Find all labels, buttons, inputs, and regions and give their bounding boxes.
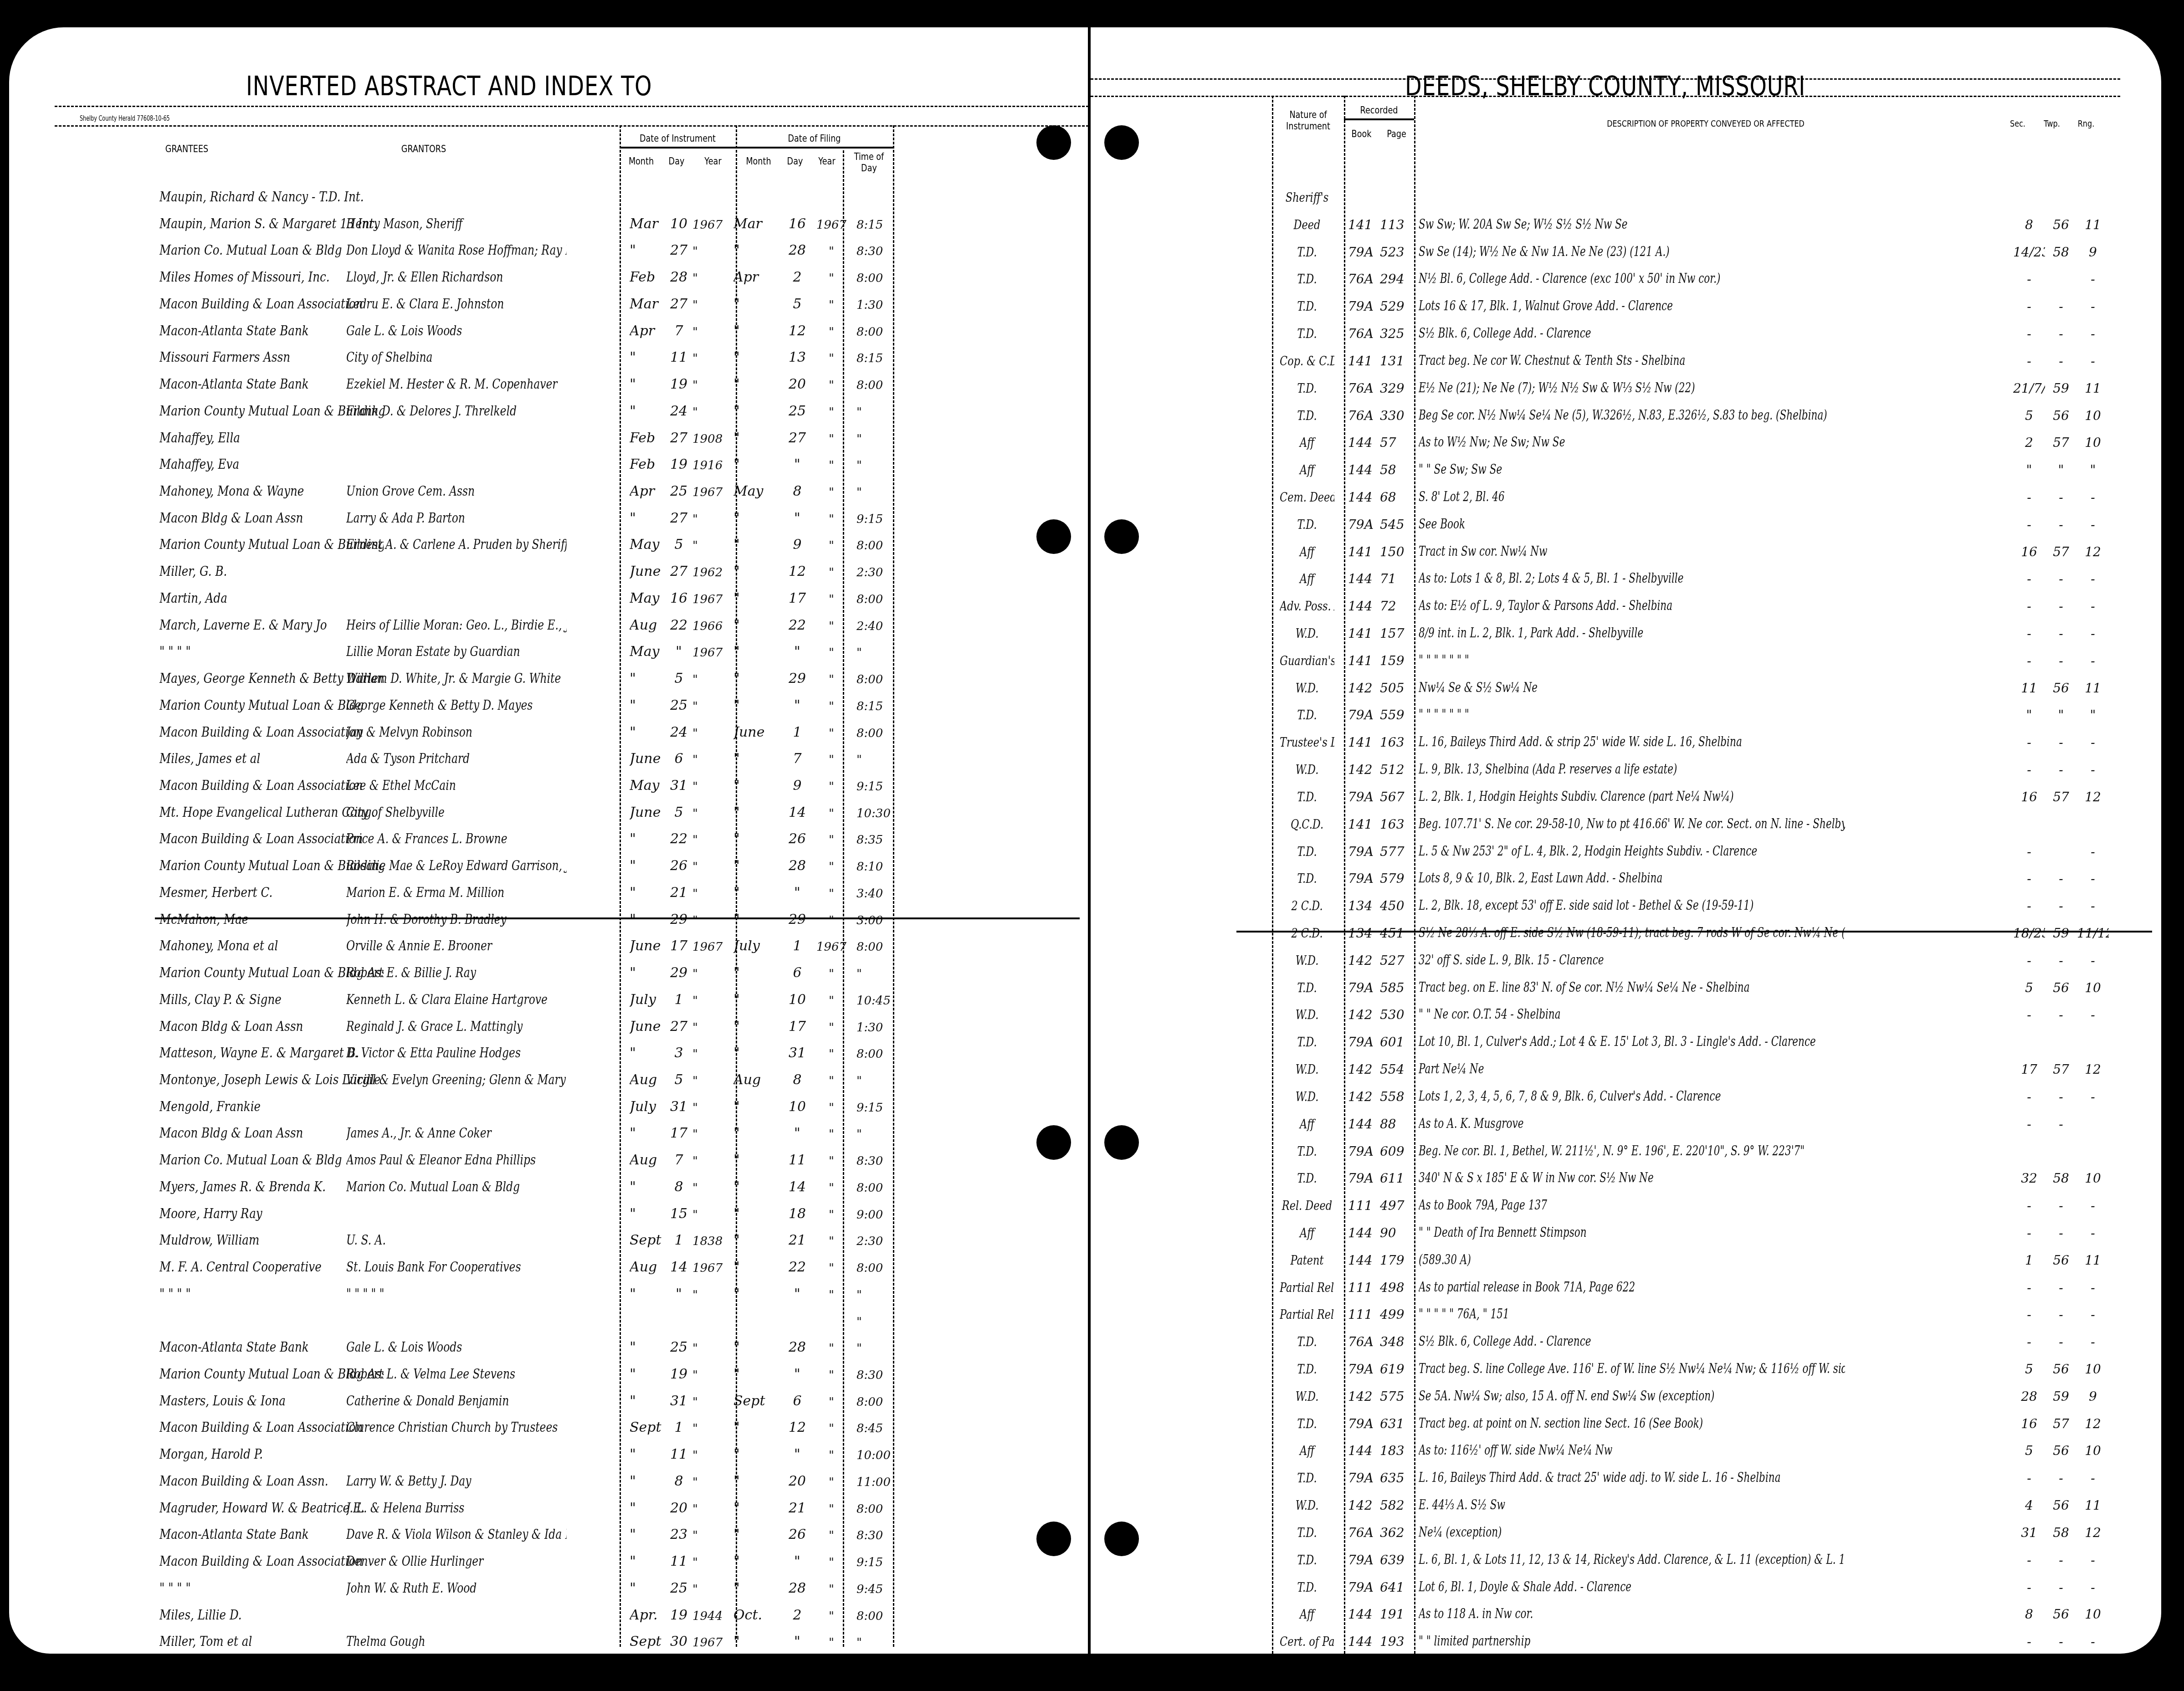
township-cell: 56 [2045,408,2077,423]
book-cell: 141 [1348,817,1380,832]
instrument-year-cell: 1908 [692,432,729,446]
range-cell: - [2077,599,2109,614]
instrument-year-cell: " [692,807,729,820]
filing-year-cell: " [811,245,852,258]
township-cell: 58 [2045,245,2077,260]
page-cell: 72 [1380,599,1412,614]
table-row: Cert. of Part.144193" " limited partners… [1091,1626,2161,1652]
instrument-day-cell: 7 [665,323,692,339]
instrument-month-cell: Apr [630,323,666,339]
instrument-month-cell: " [630,697,666,713]
section-cell: - [2013,517,2045,532]
time-of-day-cell: 8:00 [856,1502,897,1516]
grantee-cell: Moore, Harry Ray [159,1206,384,1222]
filing-year-cell: " [811,539,852,553]
table-row: Cop. & C.D.141131Tract beg. Ne cor W. Ch… [1091,346,2161,371]
instrument-month-cell: " [630,1045,666,1061]
nature-of-instrument-cell: T.D. [1280,1334,1334,1349]
description-cell: S½ Ne 28⅓ A. off E. side S½ Nw (18-59-11… [1419,925,1845,941]
description-cell: L. 5 & Nw 253' 2" of L. 4, Blk. 2, Hodgi… [1419,843,1845,859]
township-cell: - [2045,1334,2077,1349]
grantor-cell: Robert L. & Velma Lee Stevens [346,1366,567,1382]
instrument-year-cell: " [692,1395,729,1409]
instrument-month-cell: " [630,1393,666,1409]
table-row: T.D.76A348S½ Blk. 6, College Add. - Clar… [1091,1327,2161,1352]
township-cell: - [2045,1117,2077,1132]
township-cell: - [2045,354,2077,369]
filing-year-cell: " [811,1395,852,1409]
book-cell: 79A [1348,871,1380,886]
instrument-year-cell: " [692,914,729,927]
book-cell: 79A [1348,1553,1380,1568]
filing-month-cell: " [733,965,779,981]
time-of-day-cell: " [856,432,897,446]
instrument-day-cell: 6 [665,751,692,767]
table-row: Macon Building & Loan AssociationPrice A… [9,824,1089,850]
grantee-cell: Mahaffey, Eva [159,456,384,472]
range-cell: - [2077,490,2109,505]
table-row: T.D.76A329E½ Ne (21); Ne Ne (7); W½ N½ S… [1091,373,2161,399]
description-cell: Ne¼ (exception) [1419,1524,1845,1540]
instrument-day-cell: 19 [665,1607,692,1623]
range-cell: - [2077,299,2109,314]
section-cell: - [2013,1007,2045,1022]
filing-day-cell: 16 [784,216,811,232]
nature-of-instrument-cell: Aff [1280,1443,1334,1458]
description-cell: As to: Lots 1 & 8, Bl. 2; Lots 4 & 5, Bl… [1419,570,1845,586]
table-row: Maupin, Marion S. & Margaret 13 Int.Henr… [9,209,1089,235]
page-cell: 619 [1380,1362,1412,1377]
table-row: T.D.79A567L. 2, Blk. 1, Hodgin Heights S… [1091,782,2161,807]
nature-of-instrument-cell: T.D. [1280,1580,1334,1595]
filing-day-cell: 28 [784,1339,811,1355]
filing-day-cell: 14 [784,805,811,820]
time-of-day-cell: 8:35 [856,833,897,847]
table-row: Marion Co. Mutual Loan & BldgAmos Paul &… [9,1145,1089,1171]
range-cell: - [2077,326,2109,341]
table-row: Mahaffey, EllaFeb271908"27"" [9,423,1089,449]
instrument-day-cell: 24 [665,403,692,419]
instrument-year-cell: " [692,1476,729,1489]
section-cell: - [2013,599,2045,614]
instrument-month-cell: " [630,1473,666,1489]
instrument-year-cell: " [692,1021,729,1035]
instrument-day-cell: 31 [665,1099,692,1115]
page-cell: 450 [1380,898,1412,913]
book-cell: 144 [1348,1117,1380,1132]
description-cell: Part Ne¼ Ne [1419,1061,1845,1077]
instrument-year-cell: " [692,405,729,419]
grantor-cell: Marion Co. Mutual Loan & Bldg [346,1179,567,1195]
township-cell: - [2045,1198,2077,1213]
instrument-month-cell: Sept [630,1634,666,1650]
table-row: Matteson, Wayne E. & Margaret B.D. Victo… [9,1038,1089,1064]
filing-year-cell: " [811,1101,852,1115]
instrument-year-cell: 1967 [692,646,729,660]
book-cell: 141 [1348,544,1380,559]
section-cell: - [2013,326,2045,341]
table-row: Macon Bldg & Loan AssnJames A., Jr. & An… [9,1118,1089,1144]
instrument-year-cell: 1966 [692,620,729,633]
description-cell: S½ Blk. 6, College Add. - Clarence [1419,1333,1845,1349]
instrument-month-cell: Aug [630,1259,666,1275]
description-cell: Sw Sw; W. 20A Sw Se; W½ S½ S½ Nw Se [1419,216,1845,232]
instrument-day-cell: 29 [665,912,692,927]
instrument-month-cell: " [630,885,666,901]
instrument-month-cell: " [630,724,666,740]
nature-of-instrument-cell: W.D. [1280,1007,1334,1022]
filing-year-cell: " [811,914,852,927]
book-cell: 76A [1348,326,1380,341]
table-row: Masters, Louis & IonaCatherine & Donald … [9,1386,1089,1412]
filing-day-cell: 10 [784,1099,811,1115]
filing-day-cell: 28 [784,858,811,874]
range-cell: - [2077,1198,2109,1213]
range-cell: - [2077,762,2109,777]
grantor-cell: Clarence Christian Church by Trustees [346,1419,567,1435]
date-header-rule [620,147,893,149]
instrument-day-cell: 27 [665,430,692,446]
filing-day-cell: 21 [784,1500,811,1516]
instrument-year-cell: " [692,1127,729,1141]
instrument-year-cell: 1944 [692,1609,729,1623]
grantor-cell: Catherine & Donald Benjamin [346,1393,567,1409]
instrument-month-cell: " [630,1366,666,1382]
nature-of-instrument-cell: T.D. [1280,871,1334,886]
description-cell: Tract in Sw cor. Nw¼ Nw [1419,543,1845,559]
filing-year-cell: " [811,1181,852,1195]
instrument-year-cell: " [692,1368,729,1382]
time-of-day-cell: " [856,1315,897,1329]
filing-month-cell: " [733,697,779,713]
book-cell: 144 [1348,1443,1380,1458]
filing-year-cell: " [811,1047,852,1061]
section-cell: - [2013,1089,2045,1104]
time-of-day-cell: 9:15 [856,1556,897,1569]
filing-day-cell: 6 [784,1393,811,1409]
township-cell: 56 [2045,1362,2077,1377]
table-row: Macon Building & Loan AssociationLee & E… [9,771,1089,796]
filing-year-cell: " [811,1556,852,1569]
township-cell: - [2045,735,2077,750]
time-of-day-cell: 8:00 [856,1047,897,1061]
instrument-year-cell: " [692,967,729,981]
nature-of-instrument-cell: Patent [1280,1253,1334,1268]
time-of-day-cell: 8:00 [856,1181,897,1195]
description-cell: As to 118 A. in Nw cor. [1419,1606,1845,1622]
instrument-month-cell: " [630,242,666,258]
instrument-day-cell: 25 [665,483,692,499]
grantor-cell: Rosalie Mae & LeRoy Edward Garrison, Jr. [346,858,567,874]
section-cell: 16 [2013,789,2045,805]
time-of-day-cell: 8:00 [856,379,897,392]
section-cell: - [2013,1471,2045,1486]
township-cell: - [2045,490,2077,505]
filing-day-cell: 1 [784,938,811,954]
grantor-cell: Don Lloyd & Wanita Rose Hoffman; Ray Hew… [346,242,567,258]
page-cell: 609 [1380,1144,1412,1159]
township-cell: - [2045,953,2077,968]
instrument-month-cell: June [630,938,666,954]
section-cell: 18/25 [2013,926,2045,941]
instrument-month-cell: May [630,537,666,553]
time-of-day-cell: 9:15 [856,780,897,794]
township-cell: - [2045,626,2077,641]
instrument-day-cell: 22 [665,617,692,633]
filing-year-cell: " [811,967,852,981]
township-cell: 58 [2045,1171,2077,1186]
filing-month-cell: " [733,1099,779,1115]
nature-of-instrument-cell: Aff [1280,1225,1334,1240]
table-row: M. F. A. Central CooperativeSt. Louis Ba… [9,1252,1089,1278]
page-header: Page [1383,128,1411,140]
table-row: W.D.142575Se 5A. Nw¼ Sw; also, 15 A. off… [1091,1381,2161,1407]
section-cell: - [2013,735,2045,750]
grantee-cell: Martin, Ada [159,590,384,606]
description-cell: Se 5A. Nw¼ Sw; also, 15 A. off N. end Sw… [1419,1388,1845,1404]
instrument-month-cell: May [630,590,666,606]
page-cell: 57 [1380,435,1412,450]
section-cell: - [2013,299,2045,314]
table-row: Moore, Harry Ray"15""18"9:00 [9,1199,1089,1225]
table-row: Mahaffey, EvaFeb191916"""" [9,450,1089,475]
sec-header: Sec. [2005,118,2030,129]
section-cell: - [2013,1117,2045,1132]
range-cell: - [2077,1634,2109,1649]
nature-of-instrument-cell: Q.C.D. [1280,817,1334,832]
nature-of-instrument-cell: Deed [1280,217,1334,232]
description-cell: " " " " " " " [1419,652,1845,668]
instrument-month-cell: Aug [630,617,666,633]
filing-year-cell: " [811,1422,852,1435]
time-of-day-cell: " [856,1288,897,1302]
recorded-header-rule [1344,118,1414,120]
grantor-cell: Lee & Ethel McCain [346,778,567,794]
grantor-cell: Gale L. & Lois Woods [346,1339,567,1355]
time-of-day-cell: 8:00 [856,272,897,285]
range-cell: - [2077,272,2109,287]
book-cell: 79A [1348,1471,1380,1486]
filing-month-cell: " [733,296,779,312]
section-cell: 8 [2013,1607,2045,1622]
page-cell: 71 [1380,571,1412,586]
book-cell: 79A [1348,1035,1380,1050]
range-cell: 11 [2077,381,2109,396]
book-cell: 144 [1348,1253,1380,1268]
grantor-cell: U. S. A. [346,1232,567,1248]
description-cell: Tract beg. on E. line 83' N. of Se cor. … [1419,979,1845,995]
table-row: Marion County Mutual Loan & Building Ass… [9,851,1089,876]
filing-year-cell: " [811,1636,852,1650]
filing-day-cell: 31 [784,1045,811,1061]
instrument-month-cell: " [630,858,666,874]
table-row: W.D.142505Nw¼ Se & S½ Sw¼ Ne115611 [1091,673,2161,698]
description-cell: Tract beg. S. line College Ave. 116' E. … [1419,1361,1845,1377]
filing-day-cell: 10 [784,992,811,1008]
grantor-cell: Marion E. & Erma M. Million [346,885,567,901]
instrument-day-cell: 20 [665,1500,692,1516]
date-of-instrument-header: Date of Instrument [631,133,724,144]
page-cell: 523 [1380,245,1412,260]
township-cell: - [2045,1280,2077,1295]
range-cell: - [2077,1089,2109,1104]
nature-of-instrument-cell: W.D. [1280,1389,1334,1404]
book-cell: 79A [1348,517,1380,532]
instrument-month-cell: Mar [630,296,666,312]
filing-day-cell: 5 [784,296,811,312]
table-row: Marion Co. Mutual Loan & BldgDon Lloyd &… [9,236,1089,261]
township-cell: 56 [2045,1253,2077,1268]
instrument-month-cell: " [630,671,666,687]
township-cell: 57 [2045,1416,2077,1431]
nature-of-instrument-cell: Aff [1280,1607,1334,1622]
instrument-year-cell: 1967 [692,1636,729,1650]
range-cell: - [2077,1334,2109,1349]
book-cell: 79A [1348,980,1380,995]
table-row: W.D.142530" " Ne cor. O.T. 54 - Shelbina… [1091,999,2161,1025]
township-cell: 59 [2045,1389,2077,1404]
filing-month-cell: " [733,644,779,660]
filing-day-cell: " [784,1634,811,1650]
instrument-year-cell: 1967 [692,486,729,499]
section-cell: 1 [2013,1253,2045,1268]
range-cell: 11 [2077,1253,2109,1268]
instrument-month-cell: " [630,349,666,365]
township-cell: 57 [2045,1062,2077,1077]
section-cell: 17 [2013,1062,2045,1077]
section-cell: - [2013,571,2045,586]
filing-day-cell: 17 [784,590,811,606]
range-cell: - [2077,1225,2109,1240]
description-header: DESCRIPTION OF PROPERTY CONVEYED OR AFFE… [1542,118,1870,129]
instrument-day-cell: 28 [665,269,692,285]
instrument-day-cell: 27 [665,242,692,258]
range-cell: - [2077,653,2109,668]
time-of-day-cell: 8:00 [856,325,897,339]
table-row: " " " "John W. & Ruth E. Wood"25""28"9:4… [9,1573,1089,1599]
table-row: W.D.142512L. 9, Blk. 13, Shelbina (Ada P… [1091,754,2161,780]
instrument-day-cell: 25 [665,1339,692,1355]
time-of-day-cell: 1:30 [856,1021,897,1035]
description-cell: As to W½ Nw; Ne Sw; Nw Se [1419,434,1845,450]
time-of-day-cell: 8:00 [856,673,897,687]
filing-year-cell: " [811,593,852,606]
instrument-day-cell: 14 [665,1259,692,1275]
table-row: Morgan, Harold P."11""""10:00 [9,1440,1089,1465]
page-cell: 641 [1380,1580,1412,1595]
instrument-day-cell: 8 [665,1179,692,1195]
instrument-month-cell: " [630,1286,666,1302]
time-of-day-cell: 8:30 [856,245,897,258]
table-row: McMahon, MaeJohn H. & Dorothy B. Bradley… [9,905,1089,930]
range-cell: - [2077,1007,2109,1022]
range-cell: 12 [2077,1416,2109,1431]
instrument-year-cell: " [692,1047,729,1061]
range-cell: 11 [2077,1498,2109,1513]
section-cell: - [2013,1553,2045,1568]
nature-of-instrument-cell: T.D. [1280,408,1334,423]
table-row: Rel. Deed111497As to Book 79A, Page 137-… [1091,1190,2161,1216]
filing-year-cell: 1967 [811,940,852,954]
description-cell: As to Book 79A, Page 137 [1419,1197,1845,1213]
date-of-filing-header: Date of Filing [752,133,877,144]
nature-of-instrument-cell: T.D. [1280,326,1334,341]
time-of-day-cell: 8:00 [856,593,897,606]
header-rule [1091,96,2120,97]
nature-of-instrument-cell: Cert. of Part. [1280,1634,1334,1649]
page-cell: 193 [1380,1634,1412,1649]
instrument-year-cell: " [692,1342,729,1355]
time-of-day-cell: 8:00 [856,539,897,553]
section-cell: - [2013,898,2045,913]
book-cell: 76A [1348,1334,1380,1349]
section-cell: 11 [2013,681,2045,696]
description-cell: E½ Ne (21); Ne Ne (7); W½ N½ Sw & W⅓ S½ … [1419,380,1845,396]
grantor-cell: James A., Jr. & Anne Coker [346,1125,567,1141]
table-row: T.D.76A294N½ Bl. 6, College Add. - Clare… [1091,264,2161,289]
range-cell: 12 [2077,789,2109,805]
page-cell: 451 [1380,926,1412,941]
filing-day-cell: 12 [784,323,811,339]
grantor-cell: City of Shelbina [346,349,567,365]
instrument-year-cell: " [692,1288,729,1302]
filing-month-cell: " [733,242,779,258]
range-cell: - [2077,571,2109,586]
instrument-day-cell: 11 [665,1446,692,1462]
range-cell: - [2077,1553,2109,1568]
instrument-day-cell: 5 [665,671,692,687]
township-cell: 57 [2045,789,2077,805]
table-row: W.D.142558Lots 1, 2, 3, 4, 5, 6, 7, 8 & … [1091,1081,2161,1107]
grantor-cell: Larry W. & Betty J. Day [346,1473,567,1489]
description-cell: L. 16, Baileys Third Add. & tract 25' wi… [1419,1470,1845,1486]
book-cell: 111 [1348,1280,1380,1295]
township-cell: 56 [2045,681,2077,696]
time-of-day-cell: " [856,1074,897,1088]
range-cell: 9 [2077,245,2109,260]
section-cell: " [2013,462,2045,477]
filing-month-cell: " [733,992,779,1008]
filing-year-cell: " [811,325,852,339]
section-cell: - [2013,354,2045,369]
time-of-day-cell: 9:00 [856,1208,897,1222]
instrument-month-cell: " [630,912,666,927]
grantor-cell: Union Grove Cem. Assn [346,483,567,499]
instrument-year-cell: " [692,539,729,553]
inst-day-header: Day [664,156,689,167]
table-row: Mesmer, Herbert C.Marion E. & Erma M. Mi… [9,878,1089,903]
filing-day-cell: 12 [784,564,811,579]
description-cell: Tract beg. at point on N. section line S… [1419,1415,1845,1431]
nature-of-instrument-cell: T.D. [1280,1416,1334,1431]
nature-of-instrument-cell: Aff [1280,1117,1334,1132]
filing-day-cell: 13 [784,349,811,365]
range-cell: 12 [2077,1525,2109,1540]
instrument-month-cell: July [630,992,666,1008]
page-cell: 325 [1380,326,1412,341]
filing-year-cell: " [811,700,852,713]
table-row: " [9,1306,1089,1332]
instrument-month-cell: June [630,564,666,579]
table-row: T.D.79A635L. 16, Baileys Third Add. & tr… [1091,1463,2161,1488]
filing-year-cell: " [811,272,852,285]
filing-year-cell: " [811,1609,852,1623]
book-cell: 141 [1348,354,1380,369]
page-cell: 601 [1380,1035,1412,1050]
table-row: Mills, Clay P. & SigneKenneth L. & Clara… [9,985,1089,1010]
instrument-year-cell: " [692,1502,729,1516]
filing-day-cell: " [784,1446,811,1462]
